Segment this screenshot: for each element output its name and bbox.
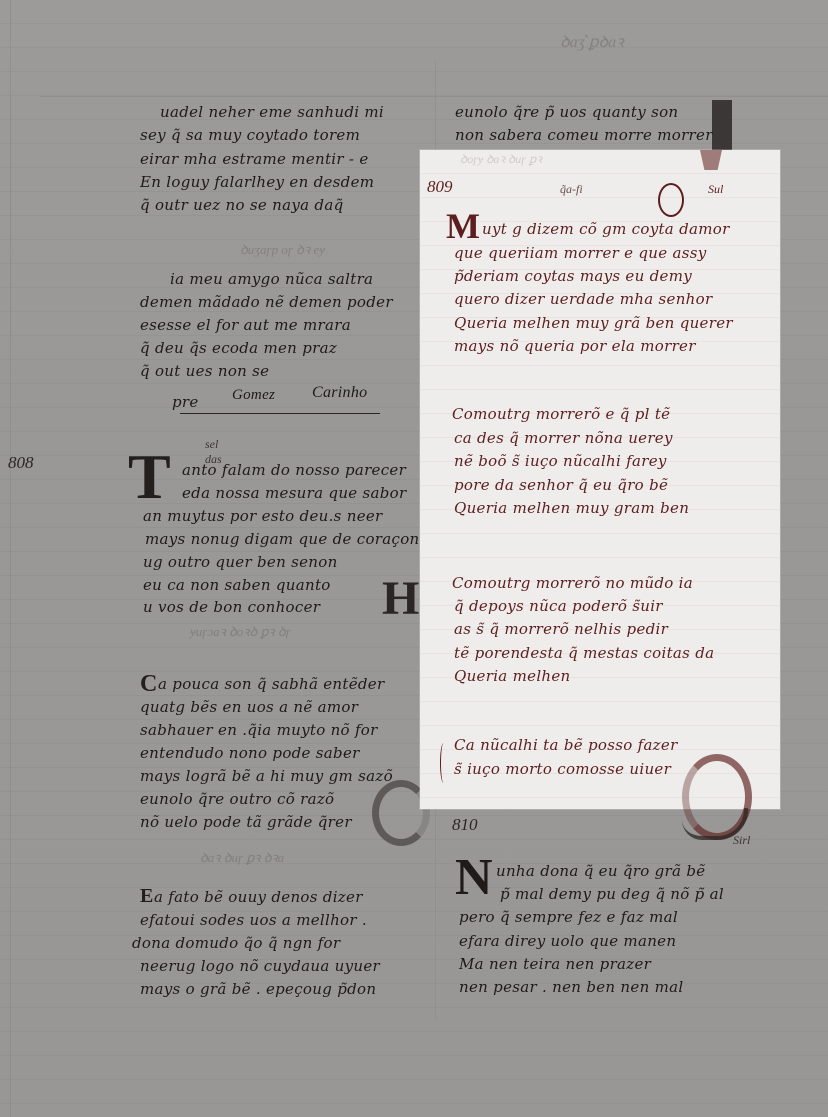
verse-line: eirar mha estrame mentir - e (140, 150, 369, 168)
margin-note: Sirl (733, 833, 750, 848)
verse-line: unha dona q̃ eu q̃ro grã bẽ (496, 862, 705, 880)
verse-line: mays logrã bẽ a hi muy gm sazõ (140, 767, 393, 785)
verse-line: Queria melhen muy grã ben querer (454, 314, 733, 332)
verse-line: uyt g dizem cõ gm coyta damor (482, 220, 730, 238)
verse-line: Comoutrg morrerõ no mũdo ia (452, 574, 693, 592)
verse-line: Ca nũcalhi ta bẽ posso fazer (454, 736, 678, 754)
verse-line: eda nossa mesura que sabor (182, 484, 406, 502)
verse-line: demen mãdado nẽ demen poder (140, 293, 393, 311)
verse-line: an muytus por esto deu.s neer (143, 507, 383, 525)
decorated-initial-m: M (446, 208, 480, 244)
verse-line: Queria melhen muy gram ben (454, 499, 689, 517)
decorated-initial-t: T (128, 445, 171, 509)
verse-line: sabhauer en .q̃ia muyto nõ for (140, 721, 378, 739)
attribution-underline (180, 413, 380, 414)
verse-line: s̃ iuço morto comosse uiuer (454, 760, 671, 778)
verse-line: neerug logo nõ cuydaua uyuer (140, 957, 380, 975)
verse-line: mays nõ queria por ela morrer (454, 337, 696, 355)
verse-line: ia meu amygo nũca saltra (170, 270, 373, 288)
verse-line: quatg bẽs en uos a nẽ amor (140, 698, 358, 716)
folio-number: 808 (8, 453, 34, 473)
folio-number: 810 (452, 815, 478, 835)
verse-line: dona domudo q̃o q̃ ngn for (132, 934, 340, 952)
verse-line: q̃ depoys nũca poderõ s̃uir (454, 597, 663, 615)
verse-line: as s̃ q̃ morrerõ nelhis pedir (454, 620, 668, 638)
faint-bleedthrough-text: ꝺuʒaɼp oɼ ꝺꝛ eɏ (240, 240, 325, 258)
verse-line: tẽ porendesta q̃ mestas coitas da (454, 644, 714, 662)
red-initial-foot (700, 150, 722, 170)
verse-line: p̃deriam coytas mays eu demy (454, 267, 692, 285)
verse-line: pore da senhor q̃ eu q̃ro bẽ (454, 476, 668, 494)
margin-bracket (440, 743, 447, 783)
highlighted-region[interactable]: ꝺoɼɏ ꝺaꝛ ꝺuɼ ꝑꝛ 809 q̃a-fi Sul M uyt g d… (420, 150, 780, 809)
verse-line: Queria melhen (454, 667, 571, 685)
verse-line: mays nonug digam que de coraçon (145, 530, 420, 548)
folio-number: 809 (427, 177, 453, 197)
attribution-name-last: Carinho (312, 384, 367, 402)
verse-line: a pouca son q̃ sabhã entẽder (158, 675, 384, 693)
verse-line: esesse el for aut me mrara (140, 316, 351, 334)
verse-line: En loguy falarlhey en desdem (140, 173, 374, 191)
verse-line: pero q̃ sempre fez e faz mal (459, 908, 678, 926)
faint-bleedthrough-text: ꝺaʒ͛ ꝑꝺaꝛ (560, 30, 624, 52)
verse-line: eunolo q̃re p̃ uos quanty son (455, 103, 678, 121)
margin-note: Sul (708, 182, 723, 197)
verse-line: anto falam do nosso parecer (182, 461, 406, 479)
verse-line: ug outro quer ben senon (143, 553, 338, 571)
decorated-initial-n: N (455, 852, 493, 904)
verse-line: uadel neher eme sanhudi mi (160, 103, 384, 121)
faded-initial-h: H (382, 575, 419, 623)
dark-initial-stroke (712, 100, 732, 150)
decorated-initial-c: C (140, 672, 157, 696)
attribution-name-first: Gomez (232, 387, 275, 404)
verse-line: sey q̃ sa muy coytado torem (140, 126, 360, 144)
verse-line: ca des q̃ morrer nõna uerey (454, 429, 673, 447)
faint-bleedthrough-text: ꝺoɼɏ ꝺaꝛ ꝺuɼ ꝑꝛ (460, 150, 542, 167)
verse-line: efatoui sodes uos a mellhor . (140, 911, 367, 929)
verse-line: que queriiam morrer e que assy (454, 244, 707, 262)
decorated-initial-e: E (140, 886, 153, 906)
verse-line: a fato bẽ ouuy denos dizer (154, 888, 363, 906)
verse-line: u vos de bon conhocer (143, 598, 320, 616)
verse-line: efara direy uolo que manen (459, 932, 676, 950)
ruling-line (40, 96, 828, 97)
verse-line: Comoutrg morrerõ e q̃ pl tẽ (452, 405, 670, 423)
verse-line: q̃ out ues non se (140, 362, 269, 380)
verse-line: nõ uelo pode tã grãde q̃rer (140, 813, 352, 831)
verse-line: mays o grã bẽ . epeçoug p̃don (140, 980, 376, 998)
ruling-line (10, 0, 11, 1117)
verse-line: q̃ deu q̃s ecoda men praz (140, 339, 337, 357)
verse-line: p̃ mal demy pu deg q̃ nõ p̃ al (500, 885, 724, 903)
attribution-prefix: pre (172, 393, 199, 411)
verse-line: nen pesar . nen ben nen mal (459, 978, 683, 996)
faint-bleedthrough-text: ꝺaꝛ ꝺuɼ ꝑꝛ ꝺꝛa (200, 848, 284, 866)
verse-line: nẽ boõ s̃ iuço nũcalhi farey (454, 452, 667, 470)
flourish-loop (658, 183, 684, 217)
verse-line: Ma nen teira nen prazer (459, 955, 651, 973)
manuscript-page: ꝺaʒ͛ ꝑꝺaꝛ uadel neher eme sanhudi mi sey… (0, 0, 828, 1117)
verse-line: q̃ outr uez no se naya daq̃ (140, 196, 343, 214)
faint-bleedthrough-text: ɏuɼɔaꝛ ꝺoꝛꝺ ꝑꝛ ꝺɼ (190, 622, 291, 640)
verse-line: non sabera comeu morre morrer (455, 126, 713, 144)
verse-line: eu ca non saben quanto (143, 576, 331, 594)
rubric-note: q̃a-fi (560, 182, 583, 197)
verse-line: entendudo nono pode saber (140, 744, 360, 762)
verse-line: eunolo q̃re outro cõ razõ (140, 790, 334, 808)
verse-line: quero dizer uerdade mha senhor (454, 290, 712, 308)
